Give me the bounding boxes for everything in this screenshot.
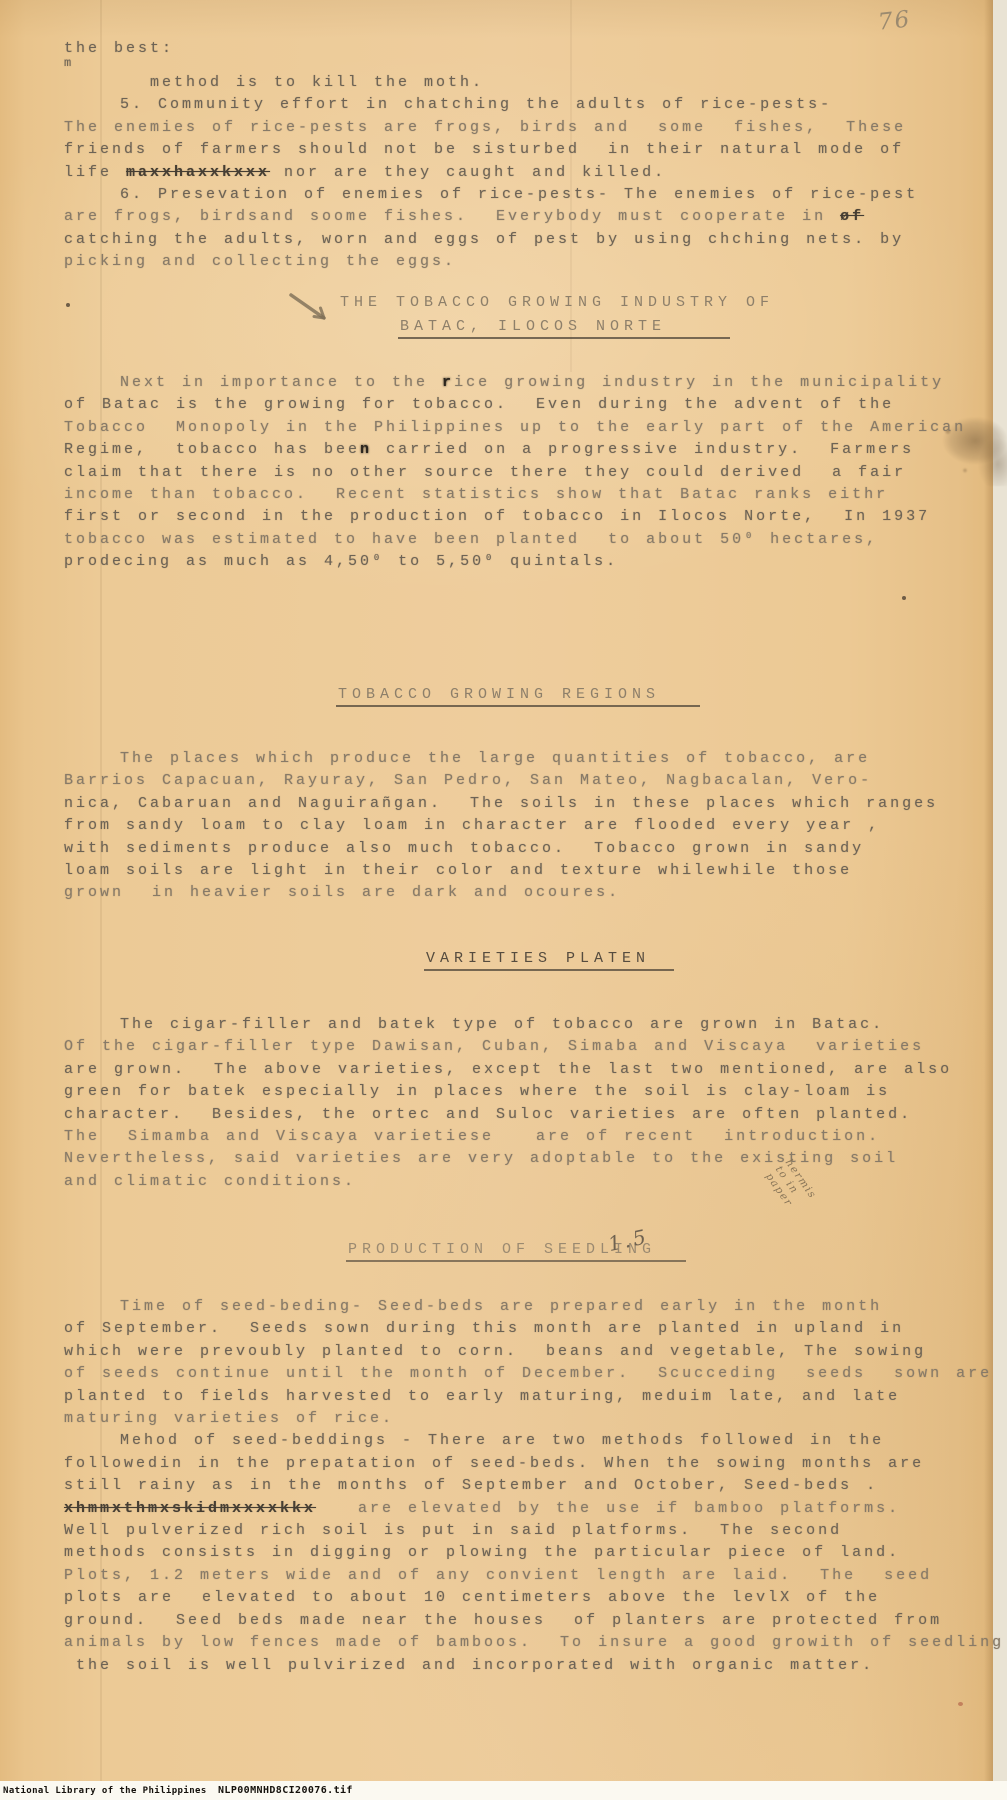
scan-filename: NLP00MNHD8CI20076.tif xyxy=(218,1785,353,1796)
text-line: tobacco was estimated to have been plant… xyxy=(64,529,974,551)
section-title-batac: BATAC, ILOCOS NORTE xyxy=(398,318,730,335)
seed-beds-section: Time of seed-beding- Seed-beds are prepa… xyxy=(64,1296,984,1677)
text-line: first or second in the production of tob… xyxy=(64,506,974,528)
text-line: grown in heavier soils are dark and ocou… xyxy=(64,882,974,904)
text-line: The enemies of rice-pests are frogs, bir… xyxy=(64,117,964,139)
text-line: xhmmxthmxskidmxxxxkkx are elevated by th… xyxy=(64,1498,984,1520)
text-line: picking and collecting the eggs. xyxy=(64,251,964,273)
text-line: followedin in the prepatation of seed-be… xyxy=(64,1453,984,1475)
scanner-edge-strip xyxy=(993,0,1007,1800)
text-line: Regime, tobacco has been carried on a pr… xyxy=(64,439,974,461)
red-speck xyxy=(958,1702,963,1706)
text-line: life maxxhaxxkxxx nor are they caught an… xyxy=(64,162,964,184)
text-line: green for batek especially in places whe… xyxy=(64,1081,974,1103)
text-line: claim that there is no other source ther… xyxy=(64,462,974,484)
typed-over-word: xhmmxthmxskidmxxxxkkx xyxy=(64,1500,316,1517)
crossed-out-word: øf xyxy=(840,208,864,225)
text-line: method is to kill the moth. xyxy=(64,72,964,94)
text-line: animals by low fences made of bamboos. T… xyxy=(64,1632,984,1654)
text-line: 6. Presevation of enemies of rice-pests-… xyxy=(64,184,964,206)
text-line: with sediments produce also much tobacco… xyxy=(64,838,974,860)
ink-blot-overstrike: r xyxy=(442,374,454,391)
scanned-document-page: 76 the best: m method is to kill the mot… xyxy=(0,0,1007,1800)
text-line: the best: xyxy=(64,38,174,60)
text-run: are frogs, birdsand soome fishes. Everyb… xyxy=(64,208,840,225)
text-line: of Batac is the growing for tobacco. Eve… xyxy=(64,394,974,416)
ink-dot xyxy=(66,303,70,307)
text-line: and climatic conditions. xyxy=(64,1171,974,1193)
text-line: maturing varieties of rice. xyxy=(64,1408,984,1430)
footer-bar: National Library of the Philippines NLP0… xyxy=(0,1781,1007,1800)
text-line: catching the adults, worn and eggs of pe… xyxy=(64,229,964,251)
ink-dot xyxy=(902,596,906,600)
text-line: Time of seed-beding- Seed-beds are prepa… xyxy=(64,1296,984,1318)
varieties-paragraph: The cigar-filler and batek type of tobac… xyxy=(64,1014,974,1193)
section-title-growing-regions: TOBACCO GROWING REGIONS xyxy=(336,686,700,703)
text-line: ground. Seed beds made near the houses o… xyxy=(64,1610,984,1632)
typed-over-word: maxxhaxxkxxx xyxy=(126,164,270,181)
text-line: still rainy as in the months of Septembe… xyxy=(64,1475,984,1497)
text-line: prodecing as much as 4,50⁰ to 5,50⁰ quin… xyxy=(64,551,974,573)
text-line: Tobacco Monopoly in the Philippines up t… xyxy=(64,417,974,439)
library-name: National Library of the Philippines xyxy=(3,1786,207,1796)
text-line: plots are elevated to about 10 centimete… xyxy=(64,1587,984,1609)
text-line: of seeds continue until the month of Dec… xyxy=(64,1363,984,1385)
text-line: character. Besides, the ortec and Suloc … xyxy=(64,1104,974,1126)
underlined-text: TOBACCO GROWING REGIONS xyxy=(336,686,700,707)
text-line: loam soils are light in their color and … xyxy=(64,860,974,882)
text-line: income than tobacco. Recent statistics s… xyxy=(64,484,974,506)
rice-pests-section: method is to kill the moth. 5. Community… xyxy=(64,72,964,274)
text-line: of September. Seeds sown during this mon… xyxy=(64,1318,984,1340)
underlined-text: VARIETIES PLATEN xyxy=(424,950,674,971)
text-line: nica, Cabaruan and Naguirañgan. The soil… xyxy=(64,793,974,815)
underlined-text: BATAC, ILOCOS NORTE xyxy=(398,318,730,339)
text-line: the soil is well pulvirized and incorpor… xyxy=(64,1655,984,1677)
text-run: ice growing industry in the municipality xyxy=(454,374,944,391)
text-line: friends of farmers should not be sisturb… xyxy=(64,139,964,161)
fragment-the-best: the best: xyxy=(64,38,174,60)
text-line: from sandy loam to clay loam in characte… xyxy=(64,815,974,837)
text-line: Next in importance to the rice growing i… xyxy=(64,372,974,394)
text-line: The places which produce the large quant… xyxy=(64,748,974,770)
handwritten-page-number: 76 xyxy=(877,6,913,35)
text-line: planted to fields harvested to early mat… xyxy=(64,1386,984,1408)
text-line: Mehod of seed-beddings - There are two m… xyxy=(64,1430,984,1452)
text-line: Of the cigar-filler type Dawisan, Cuban,… xyxy=(64,1036,974,1058)
text-run: Regime, tobacco has bee xyxy=(64,441,360,458)
tobacco-importance-paragraph: Next in importance to the rice growing i… xyxy=(64,372,974,574)
text-line: are grown. The above varieties, except t… xyxy=(64,1059,974,1081)
ink-blot-overstrike: n xyxy=(360,441,372,458)
text-line: are frogs, birdsand soome fishes. Everyb… xyxy=(64,206,964,228)
section-title-tobacco-industry: THE TOBACCO GROWING INDUSTRY OF xyxy=(340,294,774,311)
text-run: Next in importance to the xyxy=(120,374,442,391)
text-line: which were prevoubly planted to corn. be… xyxy=(64,1341,984,1363)
text-line: Barrios Capacuan, Rayuray, San Pedro, Sa… xyxy=(64,770,974,792)
pencil-arrow-icon xyxy=(286,292,336,328)
text-line: 5. Community effort in chatching the adu… xyxy=(64,94,964,116)
text-line: Nevertheless, said varieties are very ad… xyxy=(64,1148,974,1170)
section-title-varieties: VARIETIES PLATEN xyxy=(424,950,674,967)
text-line: The Simamba and Viscaya varietiese are o… xyxy=(64,1126,974,1148)
text-run: carried on a progressive industry. Farme… xyxy=(372,441,914,458)
text-run: are elevated by the use if bamboo platfo… xyxy=(316,1500,900,1517)
growing-regions-paragraph: The places which produce the large quant… xyxy=(64,748,974,905)
text-run: nor are they caught and killed. xyxy=(270,164,666,181)
text-run: life xyxy=(64,164,126,181)
paper-right-edge-shadow xyxy=(984,0,993,1800)
text-line: The cigar-filler and batek type of tobac… xyxy=(64,1014,974,1036)
text-line: Plots, 1.2 meters wide and of any convie… xyxy=(64,1565,984,1587)
text-line: methods consists in digging or plowing t… xyxy=(64,1542,984,1564)
text-line: Well pulverized rich soil is put in said… xyxy=(64,1520,984,1542)
